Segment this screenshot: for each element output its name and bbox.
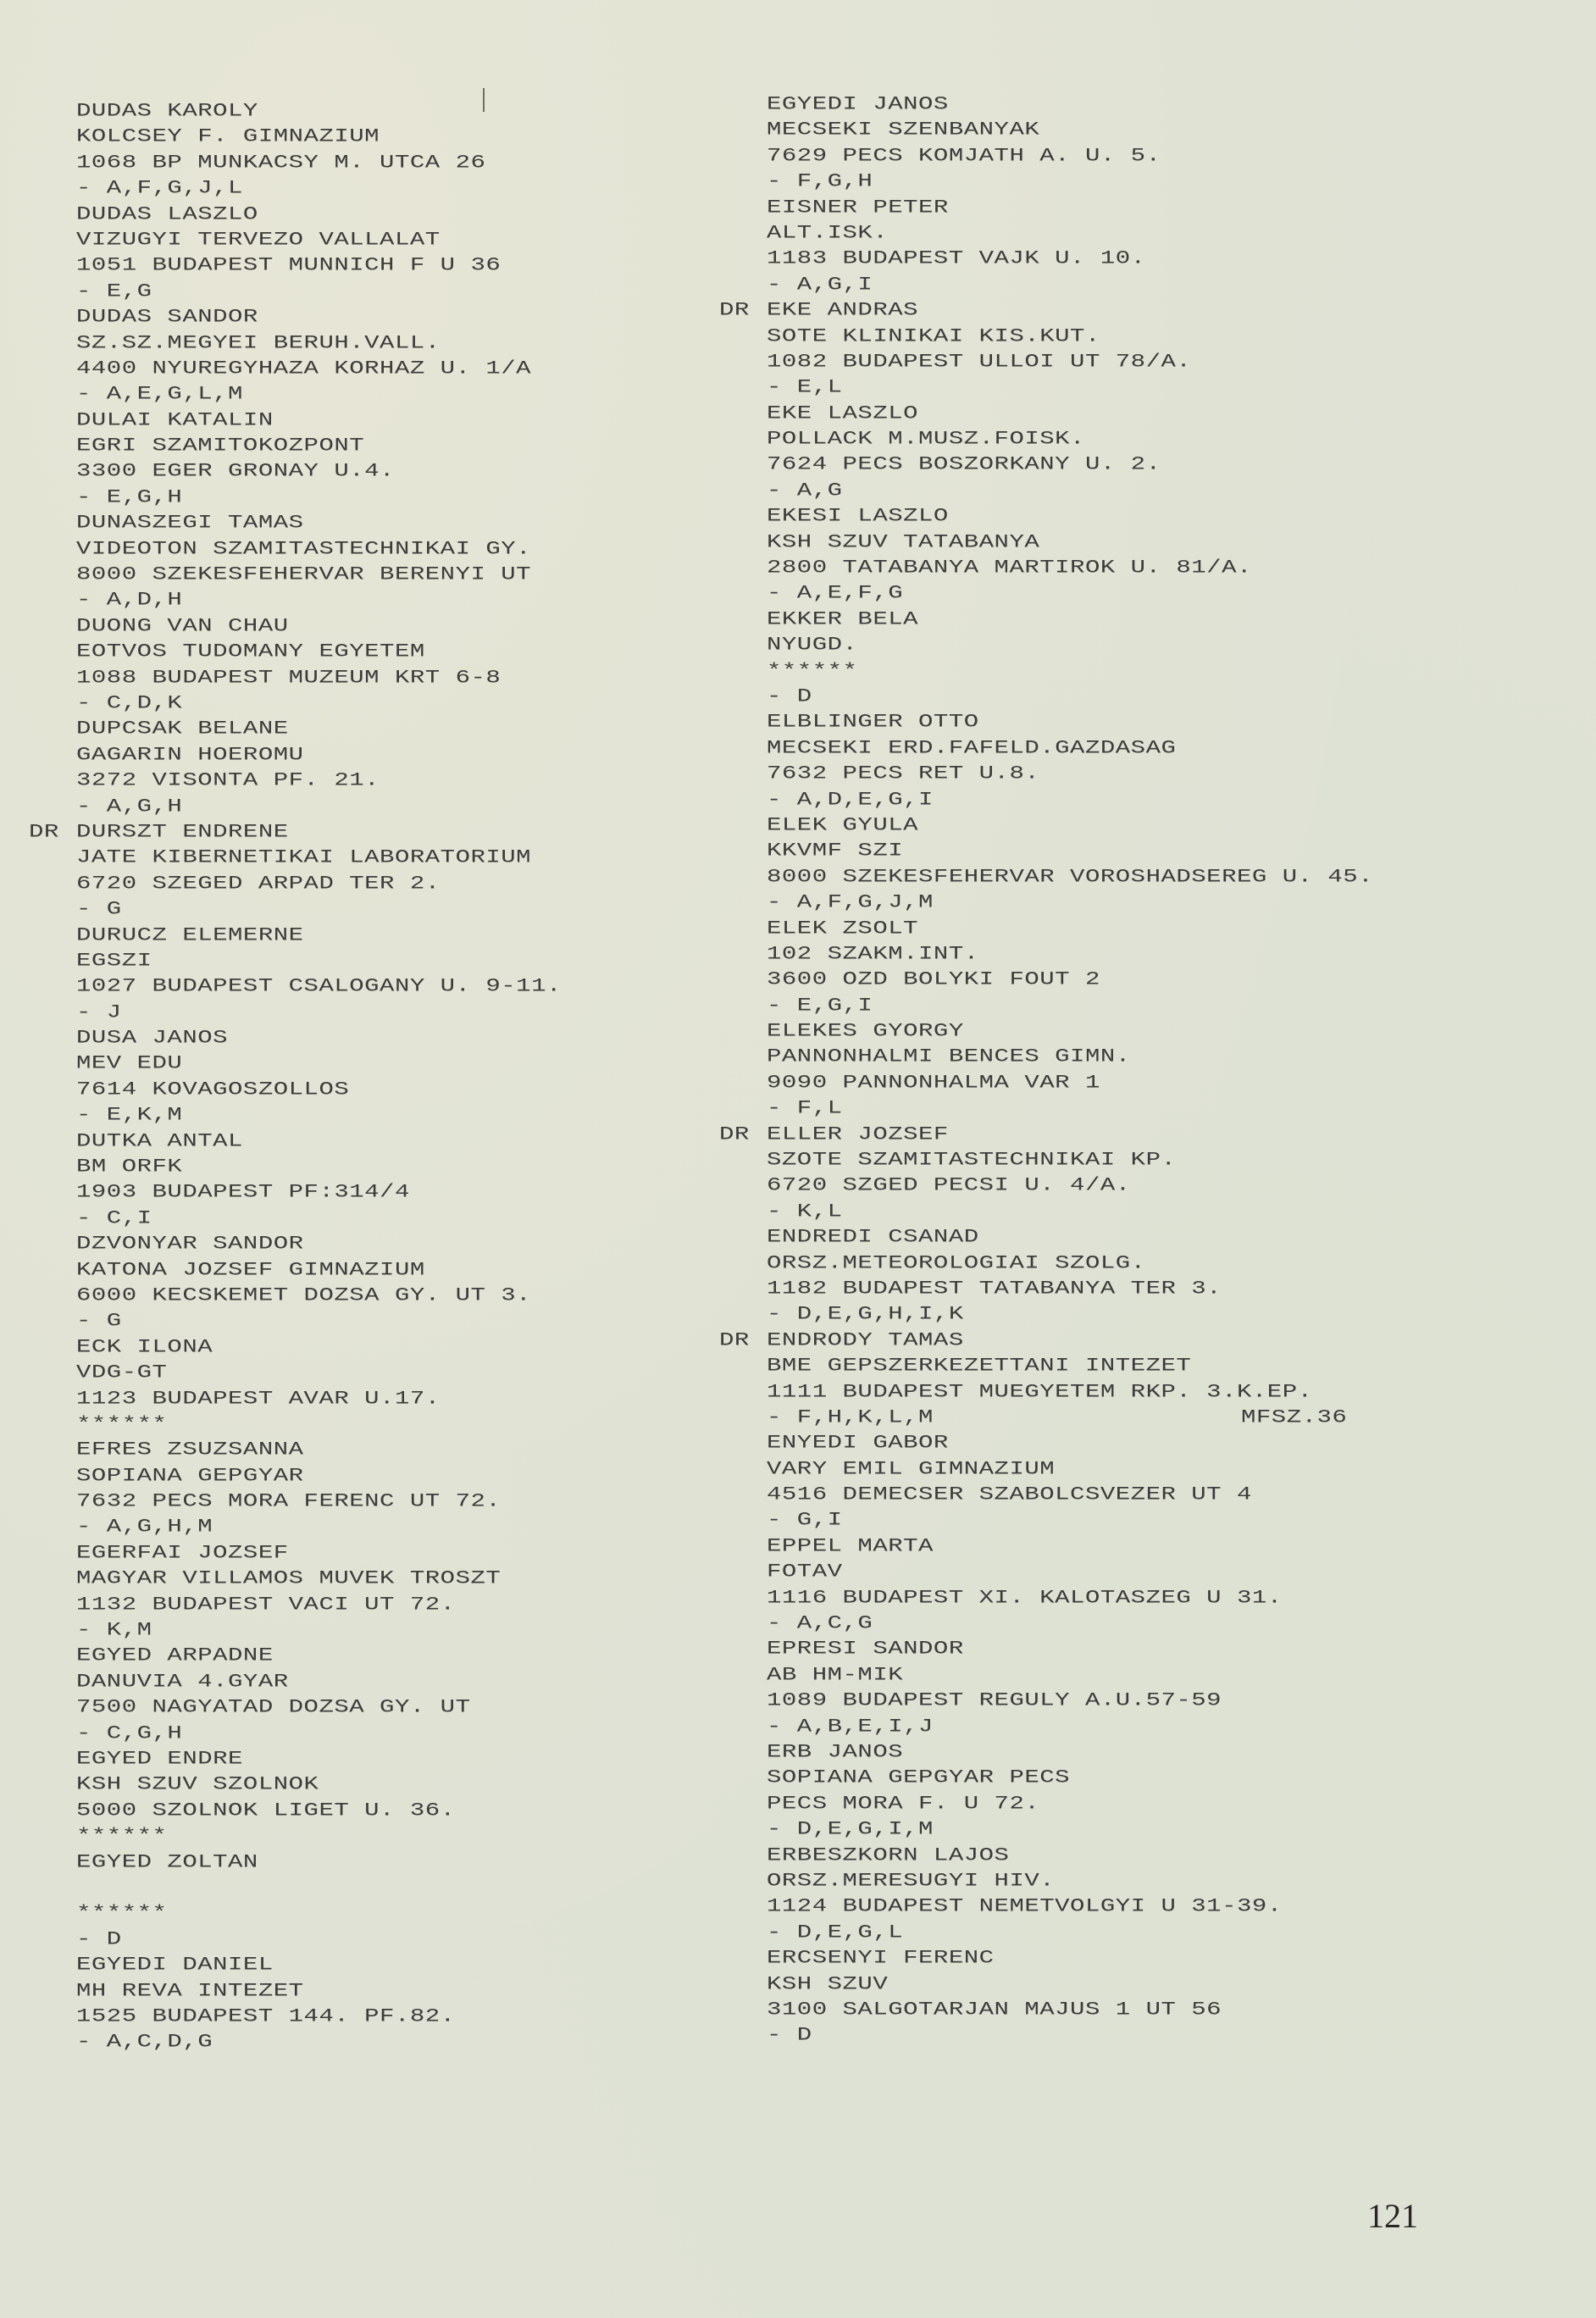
line-text: KOLCSEY F. GIMNAZIUM (76, 125, 380, 147)
line-text: ALT.ISK. (767, 222, 888, 244)
line-text: FOTAV (767, 1561, 843, 1583)
line-text: AB HM-MIK (767, 1664, 903, 1686)
directory-line: DURUCZ ELEMERNE (76, 925, 562, 945)
line-text: DURSZT ENDRENE (76, 821, 289, 843)
line-text: ENDREDI CSANAD (767, 1226, 979, 1248)
category-codes-line: - K,L (767, 1201, 1373, 1222)
line-text: 1111 BUDAPEST MUEGYETEM RKP. 3.K.EP. (767, 1380, 1313, 1402)
line-text: 3272 VISONTA PF. 21. (76, 769, 380, 791)
directory-line: 1068 BP MUNKACSY M. UTCA 26 (76, 152, 562, 173)
directory-line: 1124 BUDAPEST NEMETVOLGYI U 31-39. (767, 1897, 1373, 1917)
line-text: 1116 BUDAPEST XI. KALOTASZEG U 31. (767, 1586, 1283, 1608)
directory-line: SOPIANA GEPGYAR PECS (767, 1768, 1373, 1788)
line-text: 1088 BUDAPEST MUZEUM KRT 6-8 (76, 666, 501, 688)
line-text: - C,D,K (76, 692, 182, 714)
line-text: SOPIANA GEPGYAR (76, 1464, 304, 1486)
line-text: - A,G,I (767, 274, 873, 296)
category-codes-line: - C,D,K (76, 693, 562, 713)
line-text: ****** (76, 1902, 167, 1924)
directory-line: EPPEL MARTA (767, 1536, 1373, 1556)
line-text: - A,E,F,G (767, 582, 903, 604)
directory-line: EPRESI SANDOR (767, 1639, 1373, 1660)
missing-address-marker: ****** (76, 1904, 562, 1924)
line-text: DURUCZ ELEMERNE (76, 923, 304, 945)
line-text: - E,K,M (76, 1104, 182, 1126)
title-prefix: DR (719, 1124, 750, 1145)
title-prefix: DR (719, 300, 750, 320)
line-text: ORSZ.MERESUGYI HIV. (767, 1870, 1055, 1892)
line-text: DUNASZEGI TAMAS (76, 512, 304, 534)
directory-line: BM ORFK (76, 1156, 562, 1177)
directory-line: DANUVIA 4.GYAR (76, 1672, 562, 1692)
line-text: DZVONYAR SANDOR (76, 1233, 304, 1255)
directory-line: DUSA JANOS (76, 1028, 562, 1048)
line-text: - K,L (767, 1201, 843, 1223)
category-codes-line: - D,E,G,H,I,K (767, 1305, 1373, 1325)
directory-line: ELBLINGER OTTO (767, 713, 1373, 733)
directory-line: 4516 DEMECSER SZABOLCSVEZER UT 4 (767, 1484, 1373, 1505)
directory-line: EGYED ENDRE (76, 1749, 562, 1769)
line-text: ELEK GYULA (767, 814, 918, 836)
directory-line: 7632 PECS RET U.8. (767, 763, 1373, 784)
line-text: 4516 DEMECSER SZABOLCSVEZER UT 4 (767, 1483, 1252, 1506)
directory-line: ERBESZKORN LAJOS (767, 1845, 1373, 1866)
line-text: 1027 BUDAPEST CSALOGANY U. 9-11. (76, 975, 562, 997)
directory-line: 1089 BUDAPEST REGULY A.U.57-59 (767, 1691, 1373, 1711)
line-text: BM ORFK (76, 1156, 182, 1178)
line-text: ENDRODY TAMAS (767, 1329, 964, 1351)
line-text: - E,G (76, 280, 152, 302)
directory-line: 7624 PECS BOSZORKANY U. 2. (767, 455, 1373, 475)
category-codes-line: - E,G,I (767, 995, 1373, 1016)
line-text: EGYEDI JANOS (767, 93, 949, 115)
line-text: KSH SZUV SZOLNOK (76, 1773, 319, 1795)
directory-line: VDG-GT (76, 1362, 562, 1383)
line-text: EOTVOS TUDOMANY EGYETEM (76, 640, 425, 663)
line-text: - A,G,H,M (76, 1516, 213, 1538)
line-text: 1182 BUDAPEST TATABANYA TER 3. (767, 1278, 1222, 1300)
line-text: DUDAS LASZLO (76, 202, 258, 225)
line-text: NYUGD. (767, 634, 857, 656)
line-text: ****** (767, 659, 857, 681)
directory-line: 102 SZAKM.INT. (767, 944, 1373, 964)
category-codes-line: - A,F,G,J,M (767, 892, 1373, 912)
title-prefix: DR (719, 1330, 750, 1350)
directory-line: MAGYAR VILLAMOS MUVEK TROSZT (76, 1569, 562, 1589)
category-codes-line: - K,M (76, 1620, 562, 1640)
category-codes-line: - F,L (767, 1099, 1373, 1119)
line-text: - G,I (767, 1509, 843, 1531)
line-text: EKESI LASZLO (767, 505, 949, 527)
page-number: 121 (1367, 2196, 1418, 2236)
directory-line: AB HM-MIK (767, 1665, 1373, 1685)
category-codes-line: - D (767, 686, 1373, 707)
directory-line: EISNER PETER (767, 197, 1373, 218)
directory-line: DRENDRODY TAMAS (767, 1330, 1373, 1350)
directory-line: 3100 SALGOTARJAN MAJUS 1 UT 56 (767, 1999, 1373, 2020)
directory-line: 1132 BUDAPEST VACI UT 72. (76, 1594, 562, 1615)
line-text: - C,G,H (76, 1722, 182, 1744)
line-text: 4400 NYUREGYHAZA KORHAZ U. 1/A (76, 358, 531, 380)
line-text: - F,L (767, 1097, 843, 1119)
directory-line: EGRI SZAMITOKOZPONT (76, 435, 562, 456)
line-text: 1525 BUDAPEST 144. PF.82. (76, 2005, 456, 2027)
line-text: EKKER BELA (767, 608, 918, 630)
line-text: GAGARIN HOEROMU (76, 744, 304, 766)
directory-line: 6720 SZGED PECSI U. 4/A. (767, 1176, 1373, 1196)
line-text: ECK ILONA (76, 1336, 213, 1358)
line-text: KKVMF SZI (767, 840, 903, 862)
category-codes-line: - C,I (76, 1208, 562, 1228)
directory-line: EKE LASZLO (767, 403, 1373, 424)
directory-line: DREKE ANDRAS (767, 300, 1373, 320)
directory-line: ENYEDI GABOR (767, 1433, 1373, 1454)
category-codes-line: - G,I (767, 1511, 1373, 1531)
line-text: EGYED ENDRE (76, 1748, 243, 1770)
directory-line: KSH SZUV TATABANYA (767, 532, 1373, 552)
directory-line: 8000 SZEKESFEHERVAR VOROSHADSEREG U. 45. (767, 867, 1373, 887)
line-text: DANUVIA 4.GYAR (76, 1671, 289, 1693)
line-text: MECSEKI SZENBANYAK (767, 119, 1039, 141)
line-text: ORSZ.METEOROLOGIAI SZOLG. (767, 1251, 1146, 1273)
category-codes-line: - G (76, 899, 562, 919)
line-text: 7632 PECS RET U.8. (767, 762, 1039, 785)
directory-line: ERCSENYI FERENC (767, 1948, 1373, 1968)
line-text: - E,L (767, 376, 843, 398)
directory-line: MH REVA INTEZET (76, 1981, 562, 2001)
directory-line: SOTE KLINIKAI KIS.KUT. (767, 326, 1373, 347)
line-text: EGRI SZAMITOKOZPONT (76, 435, 364, 457)
line-text: POLLACK M.MUSZ.FOISK. (767, 428, 1085, 450)
directory-line: 6720 SZEGED ARPAD TER 2. (76, 873, 562, 894)
category-codes-line: - A,G,H (76, 796, 562, 817)
line-text: - F,G,H (767, 170, 873, 192)
line-text: DUDAS SANDOR (76, 306, 258, 328)
line-text: EPRESI SANDOR (767, 1638, 964, 1660)
directory-line: 1116 BUDAPEST XI. KALOTASZEG U 31. (767, 1588, 1373, 1608)
directory-line: DULAI KATALIN (76, 410, 562, 430)
line-text: SZOTE SZAMITASTECHNIKAI KP. (767, 1149, 1176, 1171)
directory-line: ELEK GYULA (767, 815, 1373, 835)
directory-line: DUONG VAN CHAU (76, 616, 562, 636)
line-text: PANNONHALMI BENCES GIMN. (767, 1045, 1131, 1067)
directory-line: BME GEPSZERKEZETTANI INTEZET (767, 1356, 1373, 1376)
line-text: - A,D,H (76, 589, 182, 611)
category-codes-line: - C,G,H (76, 1723, 562, 1744)
line-text: ****** (76, 1413, 167, 1435)
directory-line: 3300 EGER GRONAY U.4. (76, 462, 562, 482)
directory-line: 3272 VISONTA PF. 21. (76, 770, 562, 790)
line-text: 102 SZAKM.INT. (767, 943, 979, 965)
line-text: 5000 SZOLNOK LIGET U. 36. (76, 1799, 456, 1822)
directory-line: DUNASZEGI TAMAS (76, 513, 562, 534)
directory-line: DUDAS KAROLY (76, 101, 562, 121)
line-text: 1903 BUDAPEST PF:314/4 (76, 1181, 410, 1203)
directory-line: 6000 KECSKEMET DOZSA GY. UT 3. (76, 1285, 562, 1306)
line-text: - J (76, 1001, 122, 1023)
line-text: - G (76, 898, 122, 920)
line-text: - D,E,G,L (767, 1921, 903, 1944)
line-text: EGYED ZOLTAN (76, 1850, 258, 1872)
line-text: 1124 BUDAPEST NEMETVOLGYI U 31-39. (767, 1895, 1283, 1917)
line-text: 3600 OZD BOLYKI FOUT 2 (767, 968, 1100, 990)
directory-line: JATE KIBERNETIKAI LABORATORIUM (76, 848, 562, 868)
line-text: - K,M (76, 1619, 152, 1641)
line-text: - D,E,G,I,M (767, 1818, 934, 1840)
category-codes-line: - A,C,D,G (76, 2032, 562, 2053)
line-text: KSH SZUV (767, 1972, 888, 1994)
directory-line: DRDURSZT ENDRENE (76, 822, 562, 842)
line-text: - A,E,G,L,M (76, 383, 243, 405)
line-text: 1089 BUDAPEST REGULY A.U.57-59 (767, 1689, 1222, 1711)
directory-line: 4400 NYUREGYHAZA KORHAZ U. 1/A (76, 358, 562, 379)
directory-line: MECSEKI ERD.FAFELD.GAZDASAG (767, 738, 1373, 758)
line-text: 2800 TATABANYA MARTIROK U. 81/A. (767, 557, 1252, 579)
directory-line: PECS MORA F. U 72. (767, 1794, 1373, 1814)
directory-line: DUDAS LASZLO (76, 204, 562, 225)
line-text: ELEK ZSOLT (767, 917, 918, 939)
directory-line: KATONA JOZSEF GIMNAZIUM (76, 1260, 562, 1280)
line-text: SZ.SZ.MEGYEI BERUH.VALL. (76, 331, 441, 353)
line-text: - D (767, 2024, 812, 2046)
directory-line: EGYEDI JANOS (767, 94, 1373, 114)
line-text: VARY EMIL GIMNAZIUM (767, 1457, 1055, 1479)
line-text: MH REVA INTEZET (76, 1979, 304, 2001)
directory-line: 7632 PECS MORA FERENC UT 72. (76, 1491, 562, 1511)
line-text: 6720 SZGED PECSI U. 4/A. (767, 1174, 1131, 1196)
directory-line: EOTVOS TUDOMANY EGYETEM (76, 642, 562, 663)
directory-line: KSH SZUV SZOLNOK (76, 1775, 562, 1795)
category-codes-line: - A,G (767, 480, 1373, 501)
directory-line: 7629 PECS KOMJATH A. U. 5. (767, 146, 1373, 166)
category-codes-line: - J (76, 1002, 562, 1023)
line-text: 1082 BUDAPEST ULLOI UT 78/A. (767, 351, 1191, 373)
category-codes-line: - A,E,F,G (767, 584, 1373, 604)
category-codes-line: - A,D,H (76, 591, 562, 611)
line-text: EGSZI (76, 950, 152, 972)
missing-address-marker: ****** (76, 1827, 562, 1847)
category-codes-line: - F,G,H (767, 172, 1373, 192)
line-text: 3100 SALGOTARJAN MAJUS 1 UT 56 (767, 1999, 1222, 2021)
directory-line: DRELLER JOZSEF (767, 1124, 1373, 1145)
directory-line: FOTAV (767, 1562, 1373, 1583)
line-text: JATE KIBERNETIKAI LABORATORIUM (76, 846, 531, 868)
line-text: ERCSENYI FERENC (767, 1947, 995, 1969)
line-text: - A,D,E,G,I (767, 788, 934, 810)
directory-line: EGYEDI DANIEL (76, 1955, 562, 1975)
directory-line: PANNONHALMI BENCES GIMN. (767, 1047, 1373, 1067)
directory-line: SZ.SZ.MEGYEI BERUH.VALL. (76, 333, 562, 353)
directory-line: KOLCSEY F. GIMNAZIUM (76, 127, 562, 147)
line-text: - D,E,G,H,I,K (767, 1303, 964, 1325)
directory-line: 1525 BUDAPEST 144. PF.82. (76, 2006, 562, 2027)
right-column: EGYEDI JANOSMECSEKI SZENBANYAK7629 PECS … (767, 91, 1373, 2049)
directory-line: DUTKA ANTAL (76, 1131, 562, 1151)
line-text: 8000 SZEKESFEHERVAR BERENYI UT (76, 563, 531, 585)
directory-line: SZOTE SZAMITASTECHNIKAI KP. (767, 1150, 1373, 1170)
line-text: DULAI KATALIN (76, 408, 274, 430)
missing-address-marker: ****** (767, 661, 1373, 681)
line-text: EFRES ZSUZSANNA (76, 1439, 304, 1461)
line-text: - A,B,E,I,J (767, 1715, 934, 1737)
directory-line: 2800 TATABANYA MARTIROK U. 81/A. (767, 557, 1373, 578)
directory-line: 7614 KOVAGOSZOLLOS (76, 1079, 562, 1100)
line-text: ELLER JOZSEF (767, 1123, 949, 1145)
directory-line: 3600 OZD BOLYKI FOUT 2 (767, 970, 1373, 990)
directory-line: EGYED ARPADNE (76, 1646, 562, 1666)
line-text: - A,C,G (767, 1612, 873, 1634)
line-text: DUTKA ANTAL (76, 1129, 243, 1151)
missing-address-marker: ****** (76, 1414, 562, 1434)
line-text: KSH SZUV TATABANYA (767, 530, 1039, 552)
directory-line: EKESI LASZLO (767, 507, 1373, 527)
line-text: DUDAS KAROLY (76, 100, 258, 122)
directory-line: ELEKES GYORGY (767, 1021, 1373, 1041)
line-text: VIDEOTON SZAMITASTECHNIKAI GY. (76, 537, 531, 559)
directory-line: POLLACK M.MUSZ.FOISK. (767, 429, 1373, 449)
directory-line: 9090 PANNONHALMA VAR 1 (767, 1073, 1373, 1093)
line-text: 6720 SZEGED ARPAD TER 2. (76, 873, 441, 895)
scanned-page: DUDAS KAROLYKOLCSEY F. GIMNAZIUM1068 BP … (0, 0, 1596, 2318)
directory-line: VIDEOTON SZAMITASTECHNIKAI GY. (76, 539, 562, 559)
line-text: SOPIANA GEPGYAR PECS (767, 1766, 1070, 1788)
line-text: - E,G,H (76, 486, 182, 508)
line-text: MEV EDU (76, 1052, 182, 1074)
directory-line: KKVMF SZI (767, 841, 1373, 862)
directory-line: EGYED ZOLTAN (76, 1852, 562, 1872)
line-text: MECSEKI ERD.FAFELD.GAZDASAG (767, 737, 1176, 759)
line-text: - A,G,H (76, 795, 182, 817)
directory-line: ENDREDI CSANAD (767, 1228, 1373, 1248)
line-text: DUSA JANOS (76, 1027, 228, 1049)
category-codes-line: - A,D,E,G,I (767, 790, 1373, 810)
directory-line: 8000 SZEKESFEHERVAR BERENYI UT (76, 564, 562, 585)
directory-line: 7500 NAGYATAD DOZSA GY. UT (76, 1698, 562, 1718)
directory-line: EGERFAI JOZSEF (76, 1543, 562, 1563)
line-text: EGYED ARPADNE (76, 1644, 274, 1666)
line-text: EISNER PETER (767, 196, 949, 218)
line-text: PECS MORA F. U 72. (767, 1793, 1039, 1815)
category-codes-line: - E,K,M (76, 1106, 562, 1126)
directory-line: 1123 BUDAPEST AVAR U.17. (76, 1389, 562, 1409)
category-codes-line: - E,G (76, 281, 562, 302)
left-column: DUDAS KAROLYKOLCSEY F. GIMNAZIUM1068 BP … (76, 98, 562, 2055)
line-text: DUPCSAK BELANE (76, 718, 289, 740)
directory-line: ECK ILONA (76, 1337, 562, 1357)
directory-line: EFRES ZSUZSANNA (76, 1440, 562, 1461)
line-text: ELBLINGER OTTO (767, 711, 979, 733)
address-continuation-note: MFSZ.36 (1241, 1407, 1347, 1428)
directory-line: EGSZI (76, 951, 562, 971)
line-text: 1051 BUDAPEST MUNNICH F U 36 (76, 254, 501, 276)
line-text: ERBESZKORN LAJOS (767, 1844, 1009, 1866)
line-text: 9090 PANNONHALMA VAR 1 (767, 1072, 1100, 1094)
line-text: ****** (76, 1825, 167, 1847)
directory-line: NYUGD. (767, 635, 1373, 656)
directory-line: ERB JANOS (767, 1742, 1373, 1762)
category-codes-line: - A,F,G,J,L (76, 179, 562, 199)
directory-line: 1027 BUDAPEST CSALOGANY U. 9-11. (76, 977, 562, 997)
directory-line: EKKER BELA (767, 609, 1373, 629)
line-text: 7629 PECS KOMJATH A. U. 5. (767, 145, 1161, 167)
category-codes-line: - F,H,K,L,MMFSZ.36 (767, 1407, 1373, 1428)
category-codes-line: - A,E,G,L,M (76, 385, 562, 405)
directory-line: 1182 BUDAPEST TATABANYA TER 3. (767, 1278, 1373, 1299)
directory-line: DUDAS SANDOR (76, 307, 562, 327)
directory-line: MECSEKI SZENBANYAK (767, 120, 1373, 141)
line-text: VIZUGYI TERVEZO VALLALAT (76, 229, 441, 251)
line-text: - A,F,G,J,L (76, 177, 243, 199)
directory-line (76, 1877, 562, 1898)
line-text: 1183 BUDAPEST VAJK U. 10. (767, 247, 1146, 269)
directory-line: 1183 BUDAPEST VAJK U. 10. (767, 249, 1373, 269)
line-text: BME GEPSZERKEZETTANI INTEZET (767, 1355, 1191, 1377)
directory-line: ELEK ZSOLT (767, 918, 1373, 939)
line-text: EKE ANDRAS (767, 299, 918, 321)
line-text: KATONA JOZSEF GIMNAZIUM (76, 1258, 425, 1280)
category-codes-line: - A,G,I (767, 274, 1373, 295)
line-text: EGYEDI DANIEL (76, 1954, 274, 1976)
directory-line: 1111 BUDAPEST MUEGYETEM RKP. 3.K.EP. (767, 1382, 1373, 1402)
category-codes-line: - D (76, 1929, 562, 1949)
title-prefix: DR (29, 822, 59, 842)
category-codes-line: - A,G,H,M (76, 1517, 562, 1538)
directory-line: DUPCSAK BELANE (76, 719, 562, 740)
directory-line: 1051 BUDAPEST MUNNICH F U 36 (76, 256, 562, 276)
line-text: 6000 KECSKEMET DOZSA GY. UT 3. (76, 1284, 531, 1306)
line-text: 7614 KOVAGOSZOLLOS (76, 1079, 349, 1101)
directory-line: SOPIANA GEPGYAR (76, 1466, 562, 1486)
directory-line: VARY EMIL GIMNAZIUM (767, 1459, 1373, 1479)
line-text: ENYEDI GABOR (767, 1432, 949, 1454)
line-text: 8000 SZEKESFEHERVAR VOROSHADSEREG U. 45. (767, 866, 1373, 888)
line-text: - C,I (76, 1207, 152, 1229)
line-text: 1123 BUDAPEST AVAR U.17. (76, 1387, 441, 1409)
directory-line: ORSZ.MERESUGYI HIV. (767, 1871, 1373, 1891)
directory-line: ALT.ISK. (767, 223, 1373, 243)
directory-line: VIZUGYI TERVEZO VALLALAT (76, 230, 562, 250)
line-text: DUONG VAN CHAU (76, 615, 289, 637)
category-codes-line: - E,L (767, 378, 1373, 398)
line-text: - D (767, 685, 812, 707)
category-codes-line: - D,E,G,L (767, 1922, 1373, 1943)
line-text: MAGYAR VILLAMOS MUVEK TROSZT (76, 1567, 501, 1589)
line-text: SOTE KLINIKAI KIS.KUT. (767, 324, 1100, 347)
line-text: ERB JANOS (767, 1741, 903, 1763)
directory-line: 1082 BUDAPEST ULLOI UT 78/A. (767, 352, 1373, 372)
directory-line: 5000 SZOLNOK LIGET U. 36. (76, 1800, 562, 1821)
line-text: EPPEL MARTA (767, 1535, 934, 1557)
line-text: - A,C,D,G (76, 2031, 213, 2053)
line-text: EGERFAI JOZSEF (76, 1542, 289, 1564)
category-codes-line: - A,B,E,I,J (767, 1716, 1373, 1737)
line-text: - A,F,G,J,M (767, 891, 934, 913)
line-text: 7500 NAGYATAD DOZSA GY. UT (76, 1696, 470, 1718)
directory-line: MEV EDU (76, 1054, 562, 1074)
directory-line: 1903 BUDAPEST PF:314/4 (76, 1183, 562, 1203)
line-text: 1132 BUDAPEST VACI UT 72. (76, 1593, 456, 1615)
line-text: ELEKES GYORGY (767, 1020, 964, 1042)
line-text: 7632 PECS MORA FERENC UT 72. (76, 1490, 501, 1512)
directory-line: 1088 BUDAPEST MUZEUM KRT 6-8 (76, 668, 562, 688)
line-text: 7624 PECS BOSZORKANY U. 2. (767, 453, 1161, 475)
line-text: VDG-GT (76, 1361, 167, 1384)
line-text: - E,G,I (767, 994, 873, 1016)
line-text: - G (76, 1310, 122, 1332)
directory-line: ORSZ.METEOROLOGIAI SZOLG. (767, 1253, 1373, 1273)
directory-line: DZVONYAR SANDOR (76, 1234, 562, 1255)
category-codes-line: - E,G,H (76, 487, 562, 507)
